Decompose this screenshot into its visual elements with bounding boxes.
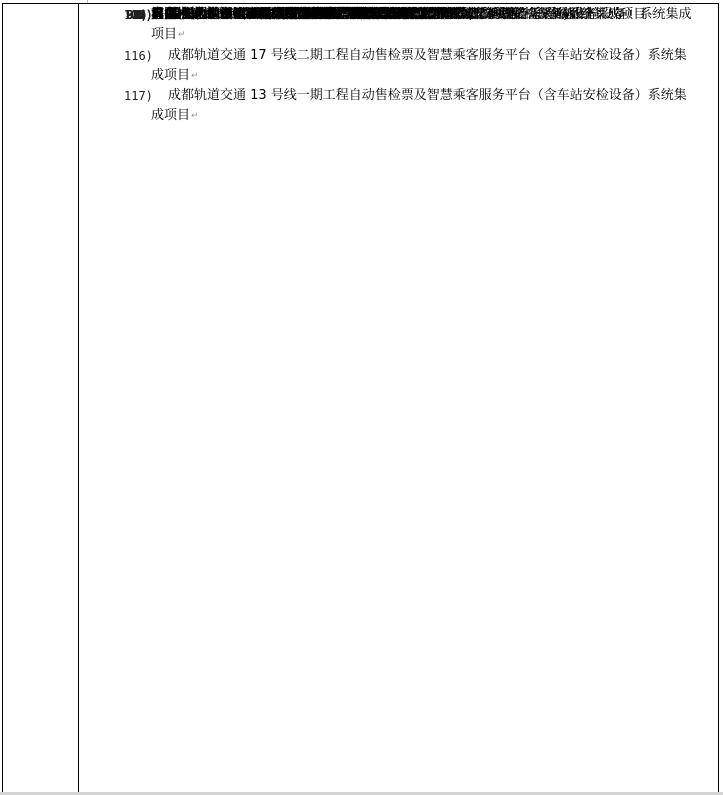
item-number: 116) — [124, 46, 153, 66]
paragraph-mark-icon: ↵ — [191, 71, 199, 81]
list-item: 117)成都轨道交通 13 号线一期工程自动售检票及智慧乘客服务平台（含车站安检… — [79, 86, 718, 127]
document-table: 82)杭州地铁 3 号线一期工程公安通信设备采购及服务↵83)武汉轨道交通 7 … — [2, 3, 719, 795]
item-text-continuation-content: 成项目 — [151, 68, 190, 83]
item-text-content: 成都轨道交通 8 号线二期工程自动售检票及智慧乘客服务平台（含车站安检设备）系统… — [168, 7, 692, 22]
item-text: 成都轨道交通 8 号线二期工程自动售检票及智慧乘客服务平台（含车站安检设备）系统… — [168, 5, 692, 25]
paragraph-mark-icon: ↵ — [191, 111, 199, 121]
item-text-continuation: 项目↵ — [151, 25, 186, 45]
list-item: 116)成都轨道交通 17 号线二期工程自动售检票及智慧乘客服务平台（含车站安检… — [79, 46, 718, 87]
item-number: 117) — [124, 86, 153, 106]
paragraph-mark-icon: ↵ — [178, 30, 186, 40]
item-text-content: 成都轨道交通 13 号线一期工程自动售检票及智慧乘客服务平台（含车站安检设备）系… — [168, 88, 687, 103]
item-text-content: 成都轨道交通 17 号线二期工程自动售检票及智慧乘客服务平台（含车站安检设备）系… — [168, 48, 687, 63]
item-number: 115) — [124, 5, 153, 25]
project-list: 82)杭州地铁 3 号线一期工程公安通信设备采购及服务↵83)武汉轨道交通 7 … — [79, 5, 718, 127]
table-left-cell — [3, 4, 79, 795]
item-text-continuation: 成项目↵ — [151, 106, 199, 126]
item-text-continuation-content: 成项目 — [151, 108, 190, 123]
list-item: 115)成都轨道交通 8 号线二期工程自动售检票及智慧乘客服务平台（含车站安检设… — [79, 5, 718, 46]
table-content-cell: 82)杭州地铁 3 号线一期工程公安通信设备采购及服务↵83)武汉轨道交通 7 … — [79, 4, 718, 795]
item-text: 成都轨道交通 13 号线一期工程自动售检票及智慧乘客服务平台（含车站安检设备）系… — [168, 86, 687, 106]
item-text-continuation: 成项目↵ — [151, 66, 199, 86]
item-text: 成都轨道交通 17 号线二期工程自动售检票及智慧乘客服务平台（含车站安检设备）系… — [168, 46, 687, 66]
item-text-continuation-content: 项目 — [151, 27, 177, 42]
